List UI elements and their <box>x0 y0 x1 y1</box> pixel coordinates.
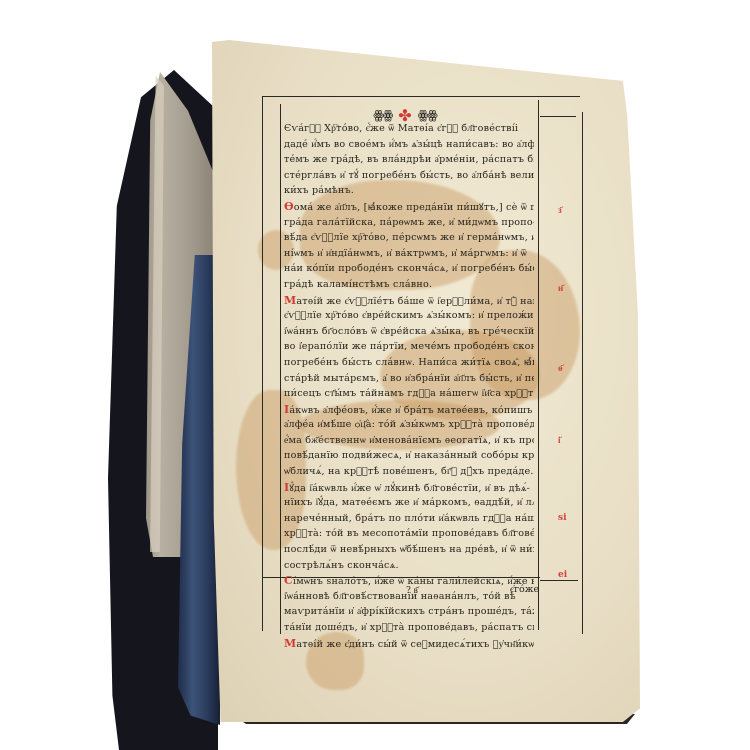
line-text: пи́сецъ ст҃ы́мъ та́йнамъ гдⷭ҇а на́шегѡ і… <box>284 388 534 399</box>
text-line: ки́хъ ра́мѣнъ. <box>284 183 534 199</box>
frame-text-right-rule <box>538 100 539 630</box>
line-text: атѳі́й же є҆ди́нъ сы́й ѿ сеⷣмидесѧ́тихъ … <box>296 639 534 650</box>
line-text: а́кѡвъ а҆лфе́овъ, и҆́же и҆ бра́тъ матѳе́… <box>289 405 534 416</box>
line-text: гра́дѣ каламі́нстѣмъ сла́вно. <box>284 279 432 290</box>
line-text: є҆ѵⷢ҇лїе хр҇то́во є҆вре́йскимъ ѧ҆зы́комъ… <box>284 310 534 321</box>
ornament-left-icon: ꙮꙮ <box>373 108 392 122</box>
margin-note: ѳ҃ <box>558 363 563 374</box>
text-line: повѣ́данїю подви́жесѧ, и҆ наказа́нный со… <box>284 448 534 464</box>
text-line: нїихъ і҆ꙋ́да, матѳе́ємъ же и҆ ма́ркомъ, … <box>284 495 534 511</box>
frame-left-inner-rule <box>280 104 281 634</box>
text-line: Єѵа́гⷧ҇ Хр҇то́во, є҆́же ѿ Матѳі́а є҆гⷪ҇ … <box>284 121 534 137</box>
line-text: ки́хъ ра́мѣнъ. <box>284 185 354 196</box>
text-line: Іа́кѡвъ а҆лфе́овъ, и҆́же и҆ бра́тъ матѳе… <box>284 402 534 418</box>
line-text: сострѣлѧ́нъ сконча́сѧ. <box>284 560 399 571</box>
line-text: погребе́нъ бы́сть сла́внѡ. Напи́са жи́тї… <box>284 357 534 368</box>
text-line: Іꙋ́да і҆а́кѡвль и҆́же ѡ҆ лꙋ́кинѣ бл҃гове… <box>284 480 534 496</box>
text-line: маѵрита́нїи и҆ а҆фрі́кїйскихъ стра́нъ пр… <box>284 604 534 620</box>
text-line: нарече́нный, бра́тъ по пло́ти и҆а́кѡвль … <box>284 511 534 527</box>
margin-note: з҃ <box>558 205 562 216</box>
margin-note: і҃ <box>558 435 561 446</box>
line-text: Єѵа́гⷧ҇ Хр҇то́во, є҆́же ѿ Матѳі́а є҆гⷪ҇ … <box>284 123 518 134</box>
line-text: нїихъ і҆ꙋ́да, матѳе́ємъ же и҆ ма́ркомъ, … <box>284 497 534 508</box>
text-line: ні́ѡмъ и҆ и҆ндїа́нѡмъ, и҆ ва́ктрѡмъ, и҆ … <box>284 246 534 262</box>
line-text: хрⷭ҇та̀: то́й въ месопота́мїи пропове́да… <box>284 528 534 539</box>
line-text: ома́ же а҆п҃лъ, [ꙗ҆́коже преда́нїи пи́шꙋ… <box>294 202 534 213</box>
text-line: а҆лфе́а и҆мѣ́ше ѻ҆ц҃а̀: то́й ѧ҆зы́кѡмъ х… <box>284 417 534 433</box>
rubric-initial: М <box>284 637 296 650</box>
line-text: даде́ и҆́мъ во свое́мъ и҆́мъ ѧ҆зы́цѣ нап… <box>284 139 534 150</box>
rubric-initial: Ѳ <box>284 200 294 213</box>
text-line: і҆ѡа́ннъ бг҃осло́въ ѿ є҆вре́йска ѧ҆зы́ка… <box>284 324 534 340</box>
text-line: во і҆ерапо́лїи же па́ртїи, мече́мъ пробо… <box>284 339 534 355</box>
text-line: сострѣлѧ́нъ сконча́сѧ. <box>284 558 534 574</box>
book-photo: ꙮꙮ ✤ ꙮꙮ Єѵа́гⷧ҇ Хр҇то́во, є҆́же ѿ Матѳі́… <box>0 0 750 750</box>
text-line: є҆ѵⷢ҇лїе хр҇то́во є҆вре́йскимъ ѧ҆зы́комъ… <box>284 308 534 324</box>
line-text: на́и ко́пїи прободе́нъ сконча́сѧ, и҆ пог… <box>284 263 534 274</box>
line-text: ні́ѡмъ и҆ и҆ндїа́нѡмъ, и҆ ва́ктрѡмъ, и҆ … <box>284 248 527 259</box>
text-line: вѣ́да є҆ѵⷢ҇лїе хр҇то́во, пе́рсѡмъ же и҆ … <box>284 230 534 246</box>
text-line: сте́ргла́въ и҆ тꙋ́ погребе́нъ бы́сть, во… <box>284 168 534 184</box>
frame-top-rule <box>262 96 580 97</box>
line-text: а҆лфе́а и҆мѣ́ше ѻ҆ц҃а̀: то́й ѧ҆зы́кѡмъ х… <box>284 419 534 430</box>
margin-note: и҃ <box>558 283 563 294</box>
frame-inner-top-rule <box>540 116 576 117</box>
ornament-right-icon: ꙮꙮ <box>418 108 437 122</box>
text-line: даде́ и҆́мъ во свое́мъ и҆́мъ ѧ҆зы́цѣ нап… <box>284 137 534 153</box>
line-text: маѵрита́нїи и҆ а҆фрі́кїйскихъ стра́нъ пр… <box>284 606 534 617</box>
text-line: пи́сецъ ст҃ы́мъ та́йнамъ гдⷭ҇а на́шегѡ і… <box>284 386 534 402</box>
text-line: та́нїи доше́дъ, и҆ хрⷭ҇та̀ пропове́давъ,… <box>284 620 534 636</box>
page-signature: ? в҃ <box>406 585 418 596</box>
text-line: хрⷭ҇та̀: то́й въ месопота́мїи пропове́да… <box>284 526 534 542</box>
frame-left-outer-rule <box>262 96 263 631</box>
line-text: вѣ́да є҆ѵⷢ҇лїе хр҇то́во, пе́рсѡмъ же и҆ … <box>284 232 534 243</box>
line-text: ꙋ́да і҆а́кѡвль и҆́же ѡ҆ лꙋ́кинѣ бл҃гове́… <box>289 483 530 494</box>
frame-margin-bottom-rule <box>540 580 578 581</box>
line-text: ста́рѣй мыта́рємъ, а҆ во и҆збра́нїи а҆п҃… <box>284 373 534 384</box>
rubric-initial: С <box>284 574 293 587</box>
text-line: те́мъ же гра́дѣ, въ вла́ндрѣи а҆рме́ніи,… <box>284 152 534 168</box>
text-line: Матѳі́й же є҆ди́нъ сы́й ѿ сеⷣмидесѧ́тихъ… <box>284 636 534 652</box>
text-line: ста́рѣй мыта́рємъ, а҆ во и҆збра́нїи а҆п҃… <box>284 371 534 387</box>
line-text: і҆ѡа́нновѣ бл҃говѣ́ствованїи наѳана́нлъ,… <box>284 591 516 602</box>
text-line: гра́да гала́тїйска, па́рѳѡмъ же, и҆ ми́д… <box>284 215 534 231</box>
line-text: і҆ѡа́ннъ бг҃осло́въ ѿ є҆вре́йска ѧ҆зы́ка… <box>284 326 534 337</box>
text-line: погребе́нъ бы́сть сла́внѡ. Напи́са жи́тї… <box>284 355 534 371</box>
rubric-initial: М <box>284 294 296 307</box>
line-text: атѳі́й же є҆ѵⷢ҇лїе́тъ ба́ше ѿ і҆ерⷭ҇ли́м… <box>296 296 534 307</box>
line-text: во і҆ерапо́лїи же па́ртїи, мече́мъ пробо… <box>284 341 534 352</box>
text-line: е҆́ма бж҃е́ственнѡ и҆менова́нїємъ ѳеогат… <box>284 433 534 449</box>
text-line: Матѳі́й же є҆ѵⷢ҇лїе́тъ ба́ше ѿ і҆ерⷭ҇ли́… <box>284 293 534 309</box>
text-line: послѣ́ди ѿ невѣ́рныхъ ѡ҆бѣ́шенъ на дре́в… <box>284 542 534 558</box>
margin-note: еі <box>558 570 567 580</box>
text-line: на́и ко́пїи прободе́нъ сконча́сѧ, и҆ пог… <box>284 261 534 277</box>
line-text: повѣ́данїю подви́жесѧ, и҆ наказа́нный со… <box>284 450 534 461</box>
text-line: ѡ҆бличѧ́, на крⷭ҇тѣ̀ пове́шенъ, бг҃ꙋ дꙋ́… <box>284 464 534 480</box>
line-text: е҆́ма бж҃е́ственнѡ и҆менова́нїємъ ѳеогат… <box>284 435 534 446</box>
line-text: послѣ́ди ѿ невѣ́рныхъ ѡ҆бѣ́шенъ на дре́в… <box>284 544 534 555</box>
text-line: гра́дѣ каламі́нстѣмъ сла́вно. <box>284 277 534 293</box>
line-text: та́нїи доше́дъ, и҆ хрⷭ҇та̀ пропове́давъ,… <box>284 622 534 633</box>
catchword: є҆го́же <box>510 584 539 595</box>
main-text-block: Єѵа́гⷧ҇ Хр҇то́во, є҆́же ѿ Матѳі́а є҆гⷪ҇ … <box>284 121 534 651</box>
line-text: те́мъ же гра́дѣ, въ вла́ндрѣи а҆рме́ніи,… <box>284 154 534 165</box>
line-text: гра́да гала́тїйска, па́рѳѡмъ же, и҆ ми́д… <box>284 217 534 228</box>
frame-margin-right-rule <box>582 112 583 634</box>
margin-note: ѕі <box>558 513 567 523</box>
line-text: сте́ргла́въ и҆ тꙋ́ погребе́нъ бы́сть, во… <box>284 170 534 181</box>
text-line: Ѳома́ же а҆п҃лъ, [ꙗ҆́коже преда́нїи пи́ш… <box>284 199 534 215</box>
line-text: ѡ҆бличѧ́, на крⷭ҇тѣ̀ пове́шенъ, бг҃ꙋ дꙋ́… <box>284 466 534 477</box>
line-text: нарече́нный, бра́тъ по пло́ти и҆а́кѡвль … <box>284 513 534 524</box>
